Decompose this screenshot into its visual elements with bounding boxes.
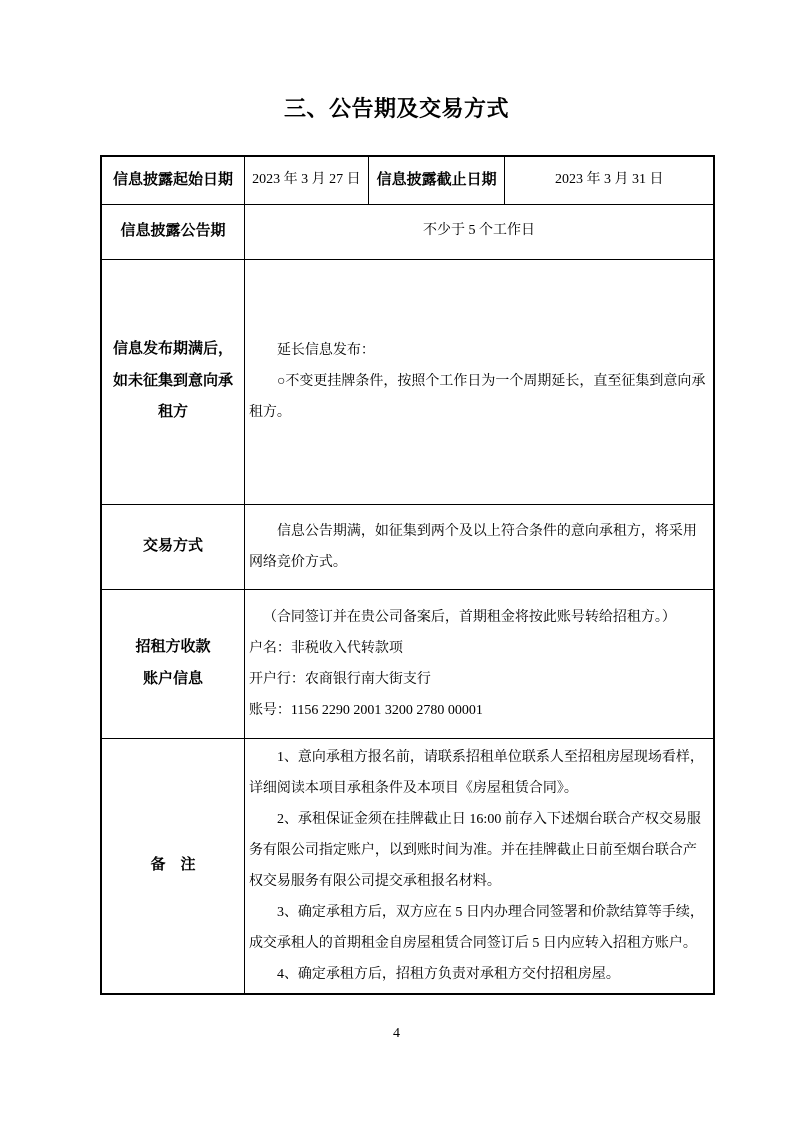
extension-option: ○不变更挂牌条件，按照个工作日为一个周期延长，直至征集到意向承租方。 xyxy=(249,366,709,428)
announcement-table: 信息披露起始日期 2023 年 3 月 27 日 信息披露截止日期 2023 年… xyxy=(100,155,715,995)
remarks-content: 1、意向承租方报名前，请联系招租单位联系人至招租房屋现场看样，详细阅读本项目承租… xyxy=(244,738,714,994)
disclosure-end-label: 信息披露截止日期 xyxy=(368,156,505,204)
remarks-item-2: 2、承租保证金须在挂牌截止日 16:00 前存入下述烟台联合产权交易服务有限公司… xyxy=(249,804,709,897)
extension-heading: 延长信息发布： xyxy=(249,335,709,366)
disclosure-start-label: 信息披露起始日期 xyxy=(101,156,244,204)
remarks-item-3: 3、确定承租方后，双方应在 5 日内办理合同签署和价款结算等手续，成交承租人的首… xyxy=(249,897,709,959)
payee-account-bank: 开户行：农商银行南大街支行 xyxy=(249,664,709,695)
row-payee-account: 招租方收款 账户信息 （合同签订并在贵公司备案后，首期租金将按此账号转给招租方。… xyxy=(101,589,714,738)
transaction-method-label: 交易方式 xyxy=(101,504,244,589)
remarks-item-1: 1、意向承租方报名前，请联系招租单位联系人至招租房屋现场看样，详细阅读本项目承租… xyxy=(249,742,709,804)
row-transaction-method: 交易方式 信息公告期满，如征集到两个及以上符合条件的意向承租方，将采用网络竞价方… xyxy=(101,504,714,589)
transaction-method-content: 信息公告期满，如征集到两个及以上符合条件的意向承租方，将采用网络竞价方式。 xyxy=(244,504,714,589)
remarks-label: 备 注 xyxy=(101,738,244,994)
payee-account-content: （合同签订并在贵公司备案后，首期租金将按此账号转给招租方。） 户名：非税收入代转… xyxy=(244,589,714,738)
disclosure-end-value: 2023 年 3 月 31 日 xyxy=(505,156,714,204)
remarks-item-4: 4、确定承租方后，招租方负责对承租方交付招租房屋。 xyxy=(249,959,709,990)
payee-account-note: （合同签订并在贵公司备案后，首期租金将按此账号转给招租方。） xyxy=(249,602,709,633)
extension-label: 信息发布期满后， 如未征集到意向承 租方 xyxy=(101,259,244,504)
announcement-period-label: 信息披露公告期 xyxy=(101,204,244,259)
row-disclosure-dates: 信息披露起始日期 2023 年 3 月 27 日 信息披露截止日期 2023 年… xyxy=(101,156,714,204)
row-announcement-period: 信息披露公告期 不少于 5 个工作日 xyxy=(101,204,714,259)
page-title: 三、公告期及交易方式 xyxy=(0,92,793,123)
payee-account-number: 账号：1156 2290 2001 3200 2780 00001 xyxy=(249,695,709,726)
payee-account-name: 户名：非税收入代转款项 xyxy=(249,633,709,664)
row-remarks: 备 注 1、意向承租方报名前，请联系招租单位联系人至招租房屋现场看样，详细阅读本… xyxy=(101,738,714,994)
page-number: 4 xyxy=(0,1026,793,1042)
disclosure-start-value: 2023 年 3 月 27 日 xyxy=(244,156,368,204)
payee-account-label: 招租方收款 账户信息 xyxy=(101,589,244,738)
announcement-period-value: 不少于 5 个工作日 xyxy=(244,204,714,259)
extension-content: 延长信息发布： ○不变更挂牌条件，按照个工作日为一个周期延长，直至征集到意向承租… xyxy=(244,259,714,504)
transaction-method-value: 信息公告期满，如征集到两个及以上符合条件的意向承租方，将采用网络竞价方式。 xyxy=(249,516,709,578)
document-page: 三、公告期及交易方式 信息披露起始日期 2023 年 3 月 27 日 信息披露… xyxy=(0,0,793,1122)
announcement-table-wrap: 信息披露起始日期 2023 年 3 月 27 日 信息披露截止日期 2023 年… xyxy=(100,155,715,995)
row-extension: 信息发布期满后， 如未征集到意向承 租方 延长信息发布： ○不变更挂牌条件，按照… xyxy=(101,259,714,504)
